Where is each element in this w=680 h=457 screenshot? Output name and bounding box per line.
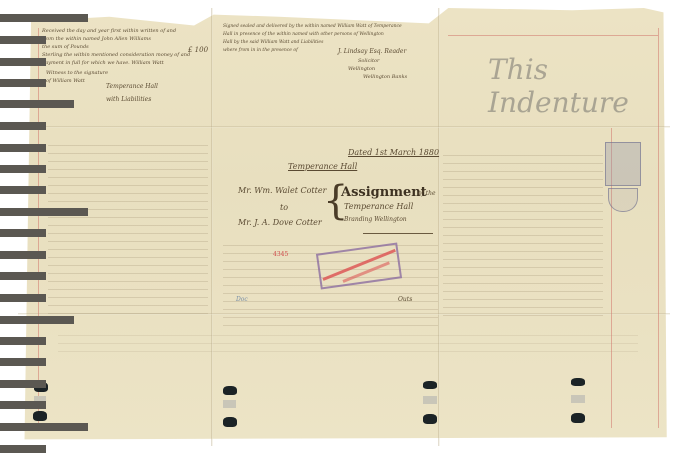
dated-text: Dated 1st March 1880 — [348, 148, 439, 157]
indenture-watermark: This Indenture — [488, 53, 670, 119]
title-suffix: of the — [418, 190, 436, 197]
signature-line: Wellington — [348, 66, 375, 72]
stamp-number: 4345 — [273, 251, 288, 258]
subject-line: Temperance Hall — [344, 202, 413, 211]
ruler-tick — [0, 208, 88, 216]
underline-rule — [363, 233, 433, 234]
subject-line: Branding Wellington — [344, 216, 407, 223]
ruler-tick — [0, 122, 46, 130]
ruler-tick — [0, 358, 46, 366]
red-margin-line — [448, 35, 658, 36]
note-line: Hall in presence of the within named wit… — [223, 32, 384, 37]
scale-ruler — [0, 0, 90, 457]
fold-line — [18, 313, 670, 315]
wax-seal-blot — [571, 413, 585, 423]
fold-line — [438, 8, 440, 446]
conjunction-to: to — [280, 203, 288, 212]
ruler-tick — [0, 229, 46, 237]
ruler-tick — [0, 251, 46, 259]
signature-line: J. Lindsay Esq. Reader — [338, 48, 406, 55]
wax-seal-blot — [223, 417, 237, 427]
deed-document: Received the day and year first within w… — [18, 8, 670, 446]
tape-patch — [571, 395, 585, 403]
signature-line: Solicitor — [358, 58, 379, 64]
ruler-tick — [0, 144, 46, 152]
signature-line: Wellington Banks — [363, 74, 407, 80]
tape-patch — [223, 400, 236, 408]
amount-text: £ 100 — [188, 46, 208, 54]
ruler-tick — [0, 445, 46, 453]
note-line: where from in in the presence of — [223, 48, 298, 53]
revenue-seal — [605, 142, 641, 186]
witness-line: with Liabilities — [106, 96, 151, 103]
ruler-tick — [0, 401, 46, 409]
ruler-tick — [0, 79, 46, 87]
ruler-tick — [0, 14, 88, 22]
party-to: Mr. J. A. Dove Cotter — [238, 218, 322, 227]
property-heading: Temperance Hall — [288, 162, 357, 171]
note-line: Hall by the said William Watt and Liabil… — [223, 40, 323, 45]
ruler-tick — [0, 100, 74, 108]
faint-text-block-right — [443, 148, 603, 323]
ruler-tick — [0, 272, 46, 280]
wax-seal-blot — [571, 378, 585, 386]
witness-line: Temperance Hall — [106, 83, 158, 90]
bottom-mark: Outs — [398, 296, 412, 303]
fold-line — [18, 126, 670, 128]
fold-line — [211, 8, 213, 446]
wax-seal-blot — [423, 381, 437, 389]
ruler-tick — [0, 380, 46, 388]
party-from: Mr. Wm. Walet Cotter — [238, 186, 326, 195]
wax-seal-blot — [223, 386, 237, 395]
ruler-tick — [0, 337, 46, 345]
wax-seal-blot — [423, 414, 437, 424]
ruler-tick — [0, 186, 46, 194]
faint-text-block-lower — [58, 328, 638, 358]
assignment-title: Assignment — [341, 185, 427, 200]
ruler-tick — [0, 294, 46, 302]
note-line: Signed sealed and delivered by the withi… — [223, 24, 402, 29]
ruler-tick — [0, 58, 46, 66]
tape-patch — [423, 396, 437, 404]
ruler-tick — [0, 165, 46, 173]
ruler-tick — [0, 423, 88, 431]
ruler-tick — [0, 36, 46, 44]
pencil-note: Doc — [236, 296, 248, 303]
ruler-tick — [0, 316, 74, 324]
